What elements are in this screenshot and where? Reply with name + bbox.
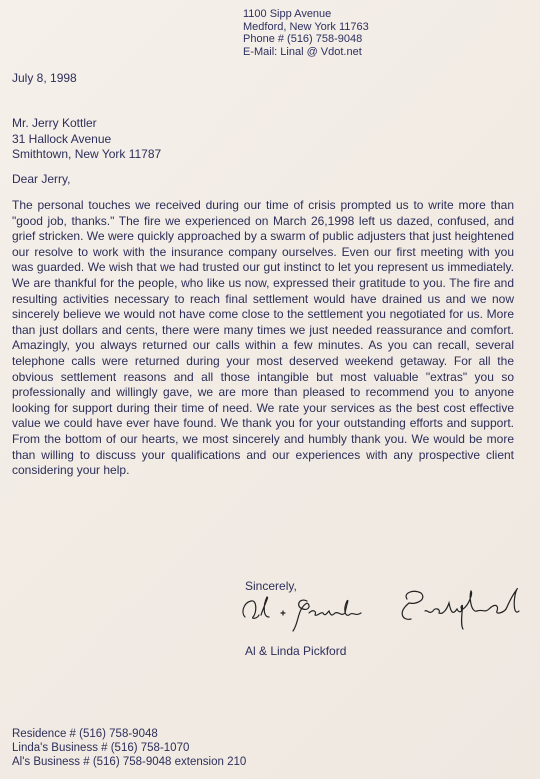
contact-numbers: Residence # (516) 758-9048 Linda's Busin… — [12, 728, 246, 769]
signer-name: Al & Linda Pickford — [245, 644, 346, 658]
letter-date: July 8, 1998 — [12, 71, 77, 85]
sender-email: E-Mail: Linal @ Vdot.net — [243, 46, 369, 59]
recipient-street: 31 Hallock Avenue — [12, 132, 161, 148]
salutation: Dear Jerry, — [12, 172, 70, 186]
letter-body: The personal touches we received during … — [12, 198, 514, 479]
recipient-city: Smithtown, New York 11787 — [12, 147, 161, 163]
sender-phone: Phone # (516) 758-9048 — [243, 33, 369, 46]
sender-city: Medford, New York 11763 — [243, 21, 369, 34]
recipient-name: Mr. Jerry Kottler — [12, 116, 161, 132]
recipient-address: Mr. Jerry Kottler 31 Hallock Avenue Smit… — [12, 116, 161, 163]
sender-street: 1100 Sipp Avenue — [243, 8, 369, 21]
linda-business-phone: Linda's Business # (516) 758-1070 — [12, 742, 246, 756]
handwritten-signature — [237, 583, 537, 633]
letterhead: 1100 Sipp Avenue Medford, New York 11763… — [243, 8, 369, 58]
residence-phone: Residence # (516) 758-9048 — [12, 728, 246, 742]
letter-page: 1100 Sipp Avenue Medford, New York 11763… — [0, 0, 540, 779]
al-business-phone: Al's Business # (516) 758-9048 extension… — [12, 756, 246, 770]
